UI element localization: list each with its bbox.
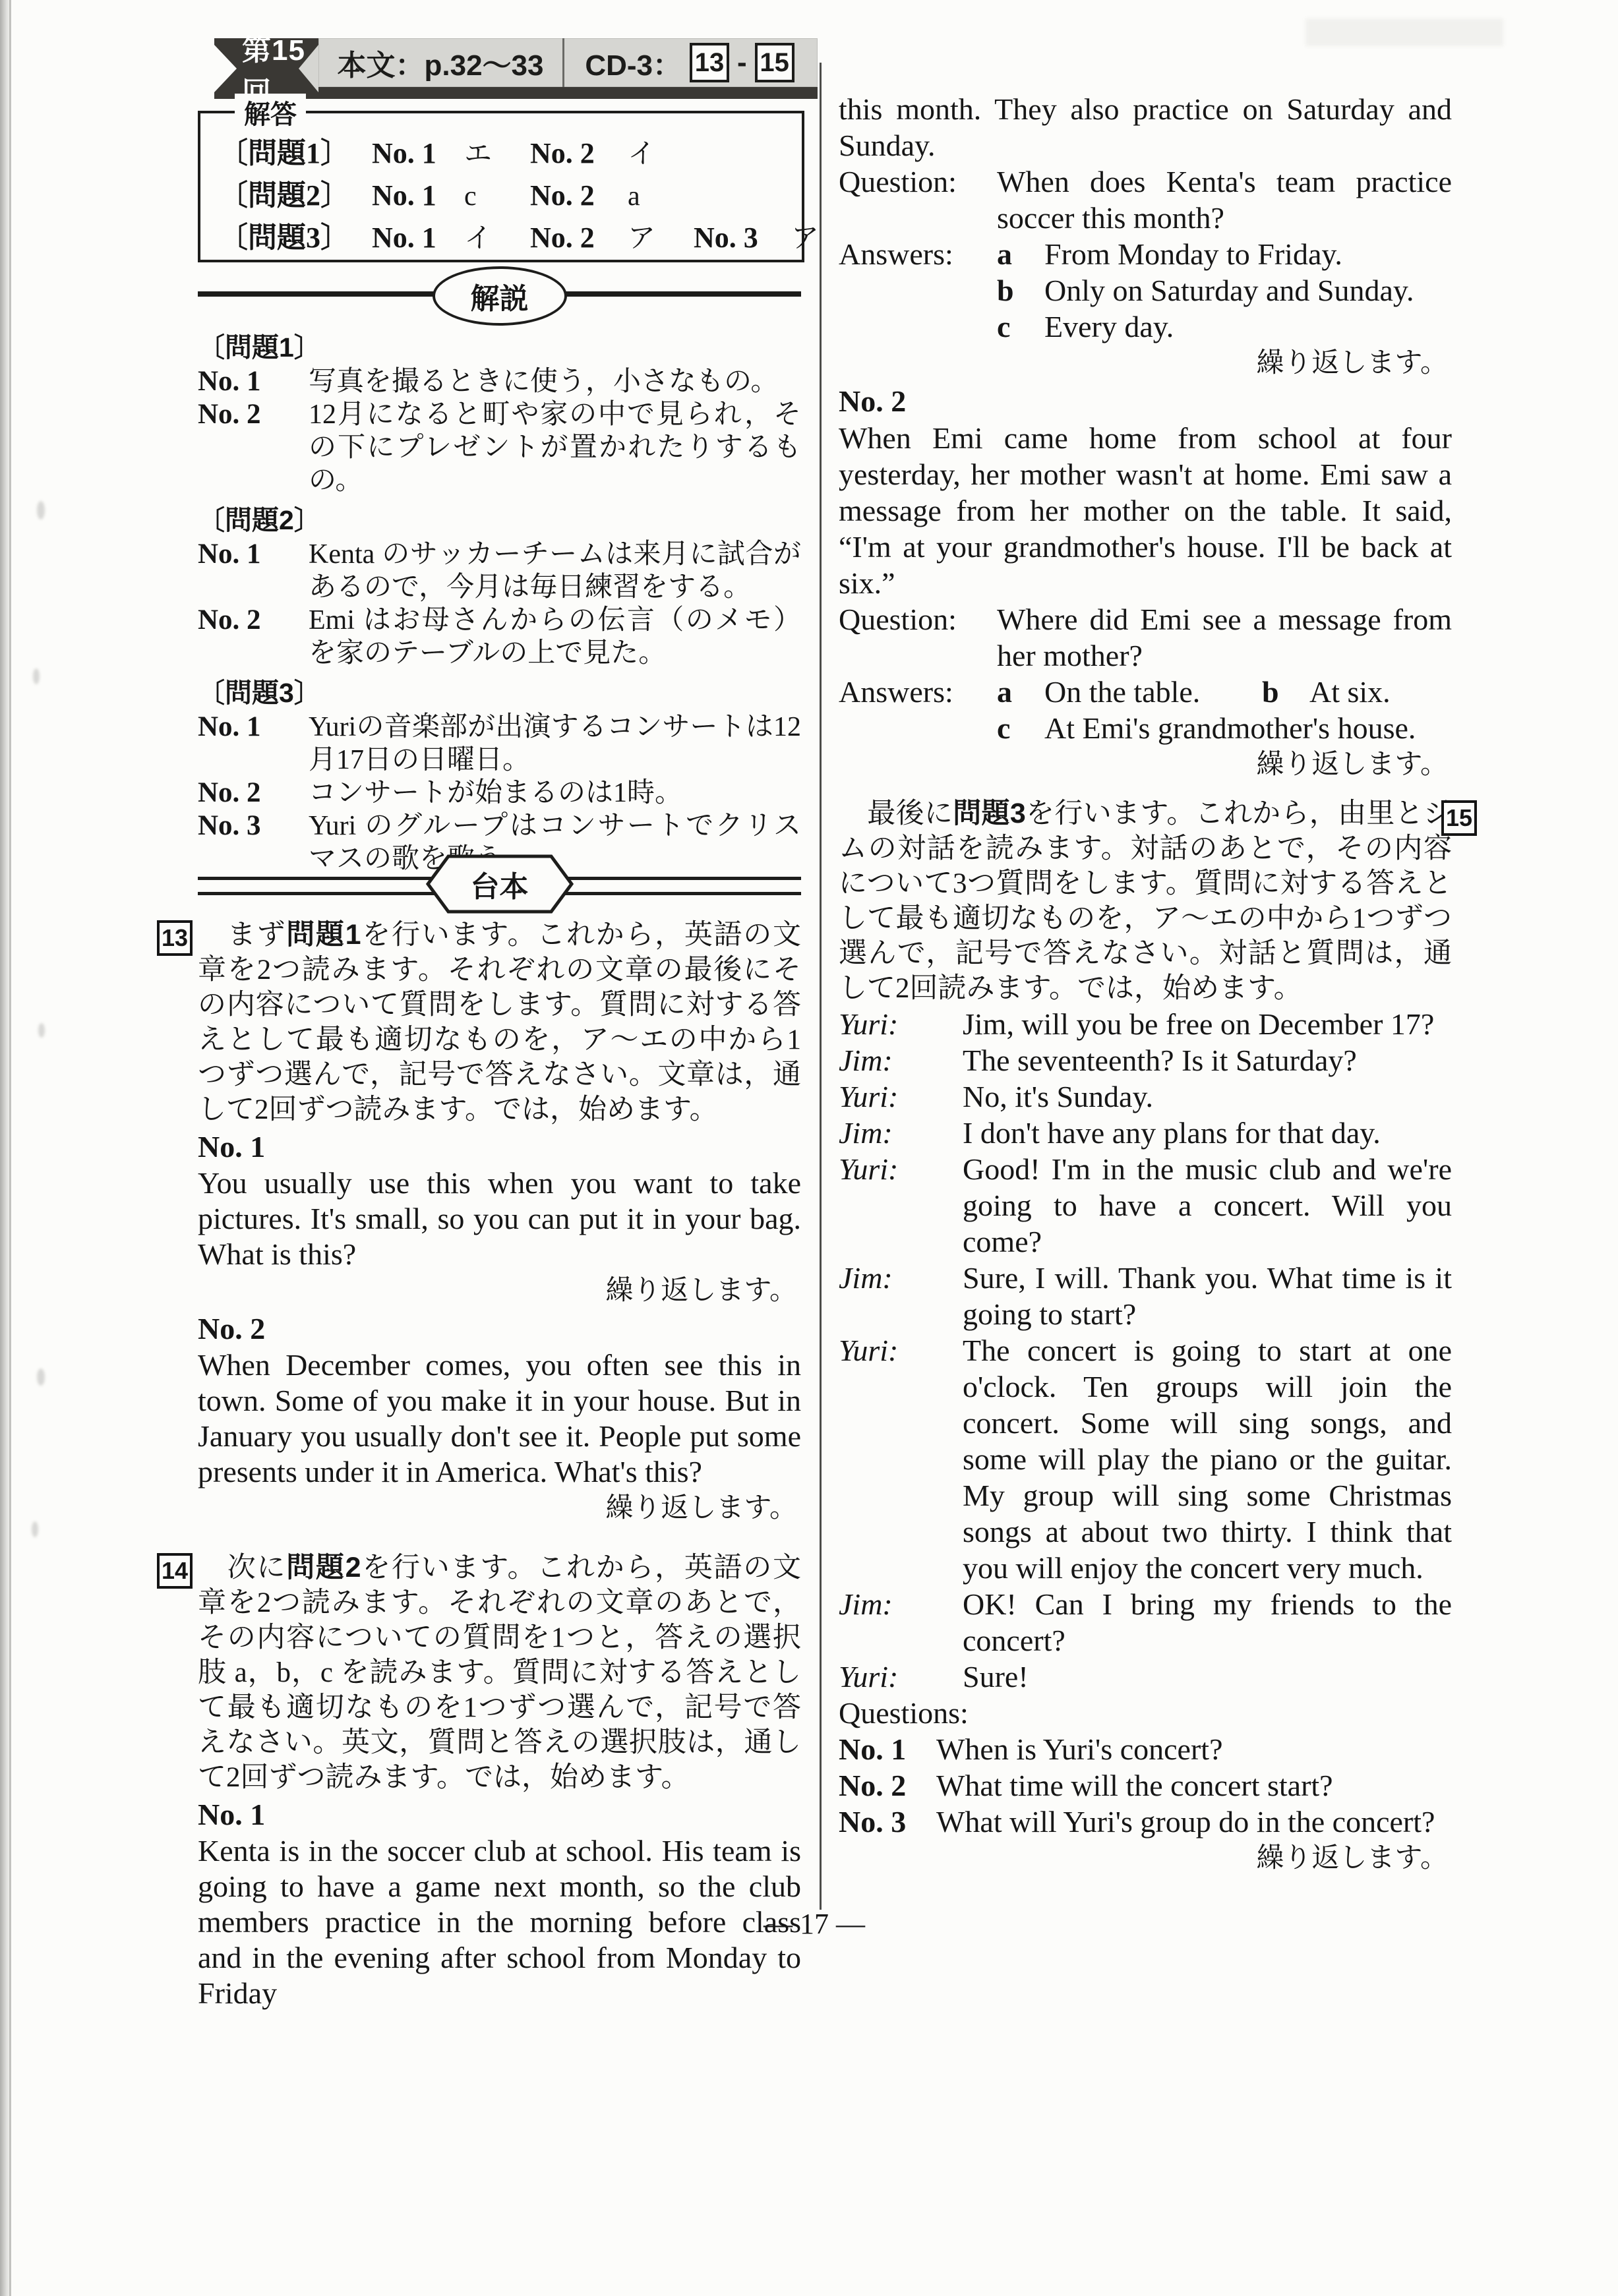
answer-value: イ bbox=[464, 216, 530, 256]
answer-row-label: 〔問題1〕 bbox=[219, 129, 372, 171]
answer-row: 〔問題2〕 No. 1 c No. 2 a bbox=[200, 171, 802, 214]
track-14-block: 14 次に問題2を行います。これから，英語の文章を2つ読みます。それぞれの文章の… bbox=[198, 1550, 801, 1795]
answer-option: c At Emi's grandmother's house. bbox=[997, 710, 1452, 746]
answer-value: c bbox=[464, 181, 530, 212]
answer-option-pair: a On the table. b At six. bbox=[997, 674, 1452, 710]
script-passage: When Emi came home from school at four y… bbox=[839, 420, 1452, 601]
question-item: No. 3 What will Yuri's group do in the c… bbox=[839, 1804, 1452, 1840]
cd-dash: - bbox=[737, 46, 747, 79]
kaisetsu-item: No. 2 12月になると町や家の中で見られ，その下にプレゼントが置かれたりする… bbox=[198, 398, 801, 497]
script-passage: You usually use this when you want to ta… bbox=[198, 1165, 801, 1272]
scan-smudge bbox=[37, 1369, 45, 1386]
kaisetsu-section: 〔問題1〕 No. 1 写真を撮るときに使う，小さなもの。 No. 2 12月に… bbox=[198, 324, 801, 875]
answer-box-title: 解答 bbox=[235, 94, 306, 131]
answers-block: Answers: a From Monday to Friday. b Only… bbox=[839, 236, 1452, 345]
answer-value: ア bbox=[628, 216, 694, 256]
question-block: Question: Where did Emi see a message fr… bbox=[839, 601, 1452, 674]
answer-no: No. 1 bbox=[372, 179, 464, 212]
kaisetsu-item: No. 1 Kenta のサッカーチームは来月に試合があるので，今月は毎日練習を… bbox=[198, 538, 801, 604]
script-no1-label: No. 1 bbox=[198, 1129, 801, 1165]
kaisetsu-item: No. 2 Emi はお母さんからの伝言（のメモ）を家のテーブルの上で見た。 bbox=[198, 604, 801, 670]
dialogue-line: Yuri: The concert is going to start at o… bbox=[839, 1332, 1452, 1586]
kaisetsu-problem-label: 〔問題1〕 bbox=[198, 330, 801, 365]
daihon-title: 台本 bbox=[426, 854, 574, 914]
track-15-block: 15 最後に問題3を行います。これから，由里とジムの対話を読みます。対話のあとで… bbox=[839, 796, 1452, 1006]
dialogue-line: Yuri: Good! I'm in the music club and we… bbox=[839, 1151, 1452, 1260]
cd-track-14-box: 14 bbox=[157, 1553, 193, 1589]
dialogue-line: Jim: The seventeenth? Is it Saturday? bbox=[839, 1042, 1452, 1078]
scan-smudge bbox=[33, 668, 40, 684]
ribbon-info-panel: 本文：p.32～33 CD-3： 13 - 15 bbox=[318, 38, 818, 87]
answer-row-label: 〔問題2〕 bbox=[219, 171, 372, 214]
dialogue-line: Yuri: Jim, will you be free on December … bbox=[839, 1006, 1452, 1042]
repeat-note: 繰り返します。 bbox=[839, 345, 1452, 382]
kaisetsu-problem-label: 〔問題2〕 bbox=[198, 502, 801, 538]
column-divider bbox=[820, 63, 822, 1910]
daihon-header: 台本 bbox=[198, 856, 801, 912]
kaisetsu-item: No. 2 コンサートが始まるのは1時。 bbox=[198, 777, 801, 809]
answer-value: ア bbox=[791, 216, 819, 256]
cd-label: CD-3： bbox=[585, 42, 682, 84]
scan-smudge bbox=[37, 501, 45, 519]
answer-no: No. 2 bbox=[530, 221, 628, 254]
kaisetsu-problem-label: 〔問題3〕 bbox=[198, 675, 801, 711]
answer-option: a From Monday to Friday. bbox=[997, 236, 1452, 272]
script-no1-label: No. 1 bbox=[198, 1796, 801, 1833]
ribbon-notch-left bbox=[214, 45, 237, 92]
answer-row: 〔問題3〕 No. 1 イ No. 2 ア No. 3 ア bbox=[200, 214, 802, 256]
kaisetsu-item: No. 1 写真を撮るときに使う，小さなもの。 bbox=[198, 365, 801, 398]
cd-track-end: 15 bbox=[755, 43, 794, 82]
question-block: Question: When does Kenta's team practic… bbox=[839, 163, 1452, 236]
track-14-intro: 次に問題2を行います。これから，英語の文章を2つ読みます。それぞれの文章のあとで… bbox=[198, 1550, 801, 1795]
repeat-note: 繰り返します。 bbox=[198, 1490, 801, 1527]
answer-no: No. 2 bbox=[530, 179, 628, 212]
script-no2-label: No. 2 bbox=[839, 383, 1452, 420]
kaisetsu-title: 解説 bbox=[433, 266, 567, 326]
scan-edge-line bbox=[9, 0, 11, 2296]
dialogue-line: Yuri: No, it's Sunday. bbox=[839, 1078, 1452, 1115]
answer-value: イ bbox=[628, 132, 694, 171]
dialogue-line: Jim: Sure, I will. Thank you. What time … bbox=[839, 1260, 1452, 1332]
lesson-header-ribbon: 第15回 本文：p.32～33 CD-3： 13 - 15 bbox=[214, 38, 818, 99]
cd-track-ref: CD-3： 13 - 15 bbox=[564, 38, 818, 87]
daihon-title-hexagon: 台本 bbox=[426, 854, 574, 914]
answer-value: a bbox=[628, 181, 694, 212]
cd-track-start: 13 bbox=[690, 43, 729, 82]
scanned-page: 第15回 本文：p.32～33 CD-3： 13 - 15 解答 〔問題1〕 N… bbox=[0, 0, 1618, 2296]
answer-no: No. 1 bbox=[372, 221, 464, 254]
kaisetsu-header: 解説 bbox=[198, 266, 801, 323]
dialogue-line: Jim: OK! Can I bring my friends to the c… bbox=[839, 1586, 1452, 1659]
track-15-intro: 最後に問題3を行います。これから，由里とジムの対話を読みます。対話のあとで，その… bbox=[839, 796, 1452, 1006]
script-passage-continued: this month. They also practice on Saturd… bbox=[839, 91, 1452, 163]
scan-smudge bbox=[38, 1023, 45, 1038]
textbook-page-ref: 本文：p.32～33 bbox=[318, 38, 564, 87]
question-item: No. 1 When is Yuri's concert? bbox=[839, 1731, 1452, 1767]
answer-no: No. 3 bbox=[694, 221, 791, 254]
scan-smudge bbox=[32, 1521, 38, 1537]
track-13-block: 13 まず問題1を行います。これから，英語の文章を2つ読みます。それぞれの文章の… bbox=[198, 918, 801, 1127]
answer-row: 〔問題1〕 No. 1 エ No. 2 イ bbox=[200, 129, 802, 171]
scan-bleed-mark bbox=[1305, 18, 1503, 46]
cd-track-13-box: 13 bbox=[157, 920, 193, 956]
lesson-number: 第15回 bbox=[242, 38, 321, 99]
answer-no: No. 2 bbox=[530, 136, 628, 170]
script-passage: When December comes, you often see this … bbox=[198, 1347, 801, 1490]
page-number: — 17 — bbox=[702, 1907, 926, 1941]
dialogue-line: Jim: I don't have any plans for that day… bbox=[839, 1115, 1452, 1151]
answers-block: Answers: a On the table. b At six. bbox=[839, 674, 1452, 710]
script-no2-label: No. 2 bbox=[198, 1310, 801, 1347]
daihon-left-column: 13 まず問題1を行います。これから，英語の文章を2つ読みます。それぞれの文章の… bbox=[198, 918, 801, 2011]
repeat-note: 繰り返します。 bbox=[198, 1272, 801, 1309]
cd-track-15-box: 15 bbox=[1441, 800, 1477, 836]
repeat-note: 繰り返します。 bbox=[839, 746, 1452, 783]
daihon-right-column: this month. They also practice on Saturd… bbox=[839, 91, 1452, 1877]
answer-row-label: 〔問題3〕 bbox=[219, 214, 372, 256]
dialogue-line: Yuri: Sure! bbox=[839, 1659, 1452, 1695]
answer-box: 解答 〔問題1〕 No. 1 エ No. 2 イ 〔問題2〕 No. 1 c N… bbox=[198, 111, 804, 262]
repeat-note: 繰り返します。 bbox=[839, 1840, 1452, 1877]
answer-no: No. 1 bbox=[372, 136, 464, 170]
answer-value: エ bbox=[464, 132, 530, 171]
question-item: No. 2 What time will the concert start? bbox=[839, 1767, 1452, 1804]
answer-option: c Every day. bbox=[997, 309, 1452, 345]
answer-option: b Only on Saturday and Sunday. bbox=[997, 272, 1452, 309]
kaisetsu-item: No. 1 Yuriの音楽部が出演するコンサートは12月17日の日曜日。 bbox=[198, 711, 801, 777]
questions-label: Questions: bbox=[839, 1695, 1452, 1731]
track-13-intro: まず問題1を行います。これから，英語の文章を2つ読みます。それぞれの文章の最後に… bbox=[198, 918, 801, 1127]
